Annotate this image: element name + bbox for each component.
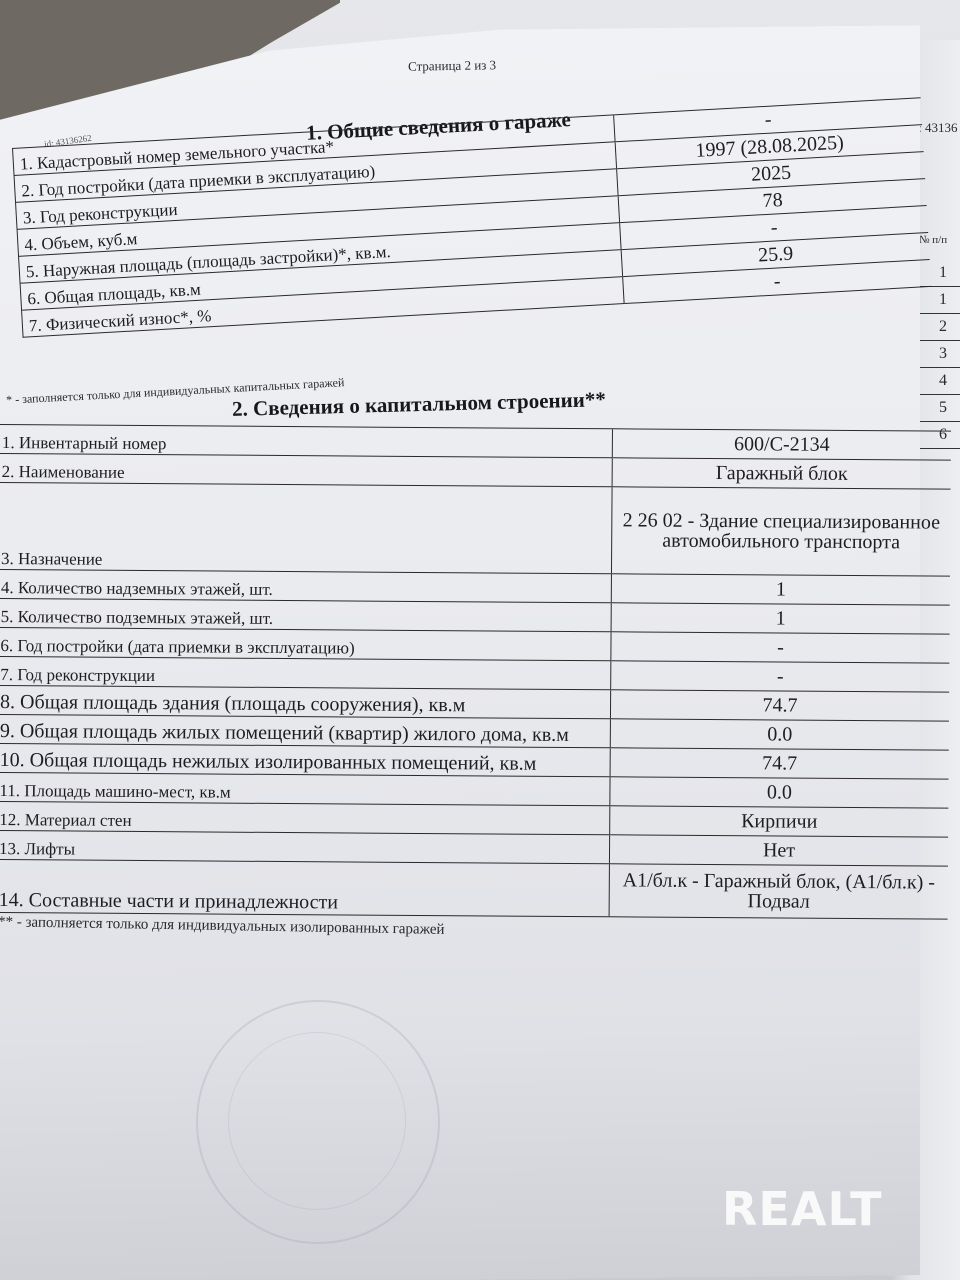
row-value: 0.0 xyxy=(610,719,949,750)
row-value: Гаражный блок xyxy=(612,458,951,489)
row-value: - xyxy=(611,632,950,663)
row-value: - xyxy=(611,661,950,692)
row-value: Кирпичи xyxy=(610,806,949,837)
row-label: 1. Инвентарный номер xyxy=(0,425,612,458)
row-value: 1 xyxy=(611,574,950,605)
row-value: 2 26 02 - Здание специализированное авто… xyxy=(611,487,950,576)
realt-watermark-logo: REALT xyxy=(722,1182,883,1236)
row-label: 11. Площадь машино-мест, кв.м xyxy=(0,772,610,805)
row-label: 14. Составные части и принадлежности xyxy=(0,859,609,916)
capital-structure-table: 1. Инвентарный номер600/С-21342. Наимено… xyxy=(0,424,951,920)
row-value: 1 xyxy=(611,603,950,634)
row-label: 2. Наименование xyxy=(0,453,612,486)
table-row: 14. Составные части и принадлежностиА1/б… xyxy=(0,859,948,919)
row-label: 13. Лифты xyxy=(0,830,610,863)
row-label: 6. Год постройки (дата приемки в эксплуа… xyxy=(0,627,611,660)
faded-stamp xyxy=(196,1000,440,1244)
row-value: Нет xyxy=(609,835,948,866)
document-content: Страница 2 из 3 id: 43136262 1. Общие св… xyxy=(0,0,960,1280)
row-label: 3. Назначение xyxy=(0,482,612,573)
row-value: А1/бл.к - Гаражный блок, (А1/бл.к) - Под… xyxy=(609,864,948,919)
row-value: 600/С-2134 xyxy=(612,429,951,460)
row-value: 0.0 xyxy=(610,777,949,808)
stamp-inner-ring xyxy=(228,1032,406,1210)
row-label: 9. Общая площадь жилых помещений (кварти… xyxy=(0,714,610,747)
row-label: 12. Материал стен xyxy=(0,801,610,834)
row-label: 4. Количество надземных этажей, шт. xyxy=(0,569,611,602)
table-row: 3. Назначение2 26 02 - Здание специализи… xyxy=(0,482,951,576)
row-label: 8. Общая площадь здания (площадь сооруже… xyxy=(0,685,611,718)
section2-footnote: ** - заполняется только для индивидуальн… xyxy=(0,914,445,939)
page-counter: Страница 2 из 3 xyxy=(408,57,496,75)
row-value: 74.7 xyxy=(610,690,949,721)
row-label: 5. Количество подземных этажей, шт. xyxy=(0,598,611,631)
row-label: 10. Общая площадь нежилых изолированных … xyxy=(0,743,610,776)
row-value: 74.7 xyxy=(610,748,949,779)
garage-general-table: 1. Кадастровый номер земельного участка*… xyxy=(12,97,931,338)
row-label: 7. Год реконструкции xyxy=(0,656,611,689)
